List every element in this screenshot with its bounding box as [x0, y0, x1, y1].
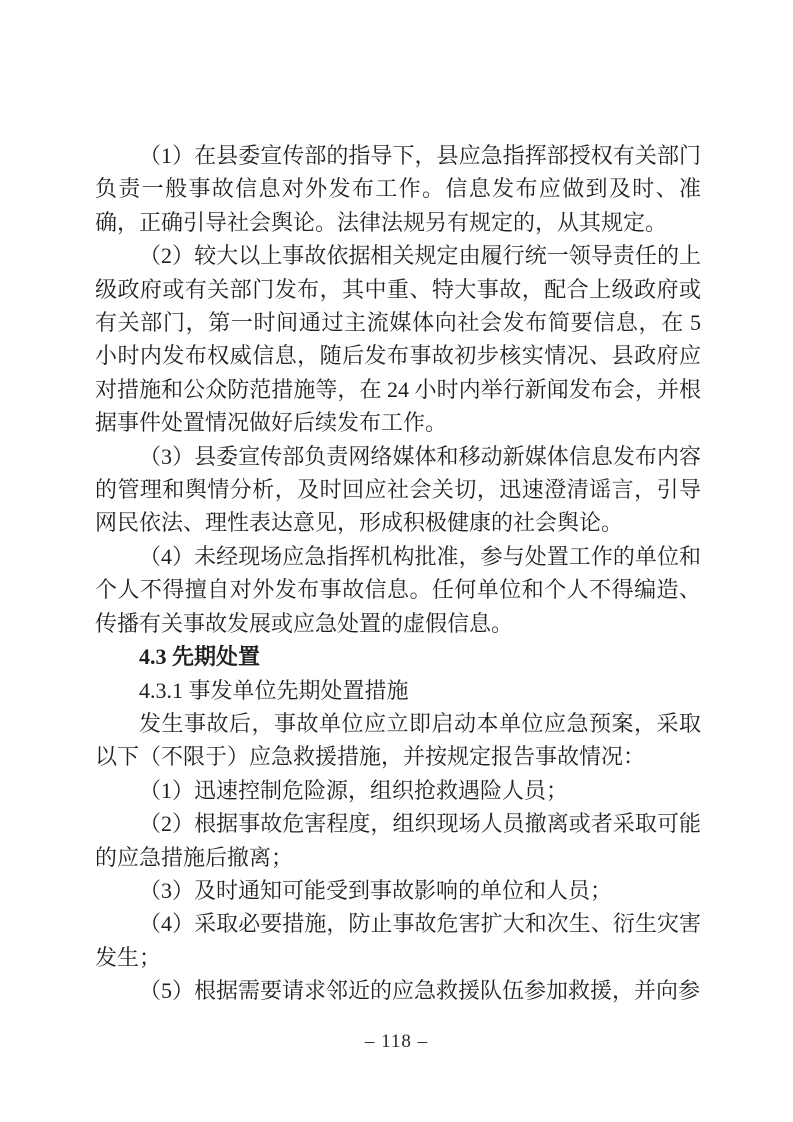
subsection-heading-4-3-1: 4.3.1 事发单位先期处置措施 — [95, 674, 701, 707]
paragraph-measure-4: （4）采取必要措施，防止事故危害扩大和次生、衍生灾害发生； — [95, 907, 701, 974]
paragraph-info-release-2: （2）较大以上事故依据相关规定由履行统一领导责任的上级政府或有关部门发布，其中重… — [95, 239, 701, 439]
paragraph-measure-1: （1）迅速控制危险源，组织抢救遇险人员； — [95, 774, 701, 807]
page-number: – 118 – — [0, 1031, 793, 1053]
page-content: （1）在县委宣传部的指导下，县应急指挥部授权有关部门负责一般事故信息对外发布工作… — [95, 139, 701, 1008]
paragraph-measure-3: （3）及时通知可能受到事故影响的单位和人员； — [95, 874, 701, 907]
paragraph-initial-disposal-intro: 发生事故后，事故单位应立即启动本单位应急预案，采取以下（不限于）应急救援措施，并… — [95, 707, 701, 774]
paragraph-measure-5: （5）根据需要请求邻近的应急救援队伍参加救援，并向参 — [95, 974, 701, 1007]
paragraph-info-release-3: （3）县委宣传部负责网络媒体和移动新媒体信息发布内容的管理和舆情分析，及时回应社… — [95, 440, 701, 540]
document-page: （1）在县委宣传部的指导下，县应急指挥部授权有关部门负责一般事故信息对外发布工作… — [0, 0, 793, 1122]
section-heading-4-3: 4.3 先期处置 — [95, 640, 701, 673]
paragraph-info-release-1: （1）在县委宣传部的指导下，县应急指挥部授权有关部门负责一般事故信息对外发布工作… — [95, 139, 701, 239]
paragraph-measure-2: （2）根据事故危害程度，组织现场人员撤离或者采取可能的应急措施后撤离； — [95, 807, 701, 874]
paragraph-info-release-4: （4）未经现场应急指挥机构批准，参与处置工作的单位和个人不得擅自对外发布事故信息… — [95, 540, 701, 640]
